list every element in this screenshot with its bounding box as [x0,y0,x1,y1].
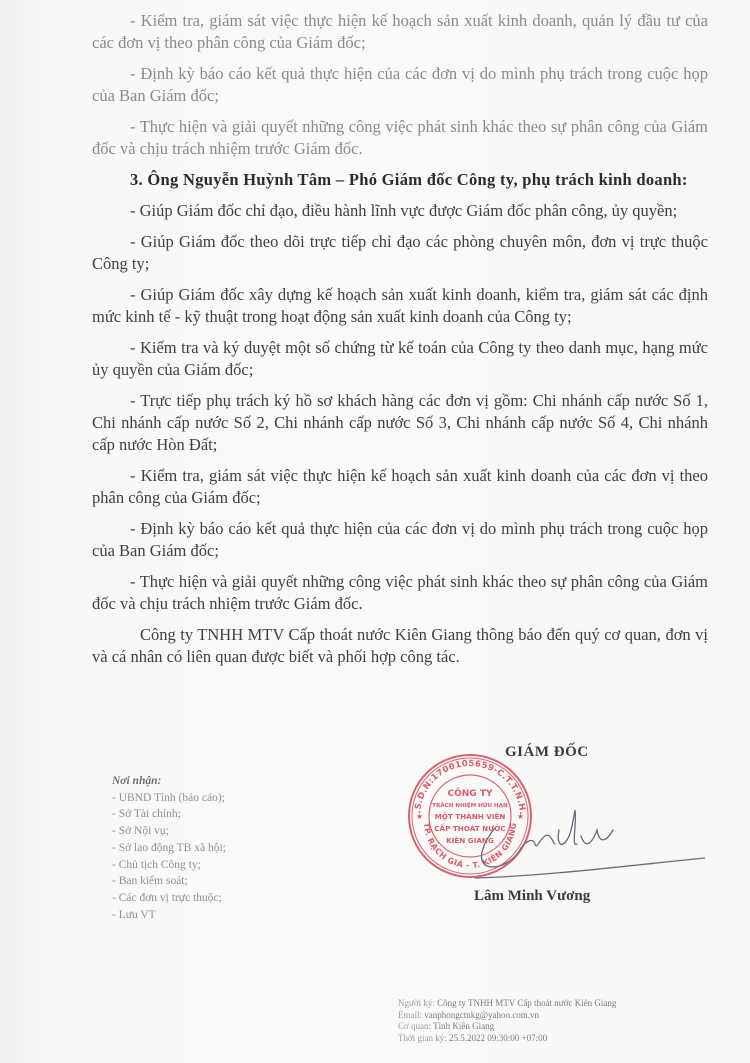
recipients-title: Nơi nhận: [112,773,332,790]
recipient-item: - Các đơn vị trực thuộc; [112,890,332,907]
duty-item: - Giúp Giám đốc xây dựng kế hoạch sản xu… [92,284,708,328]
time-label: Thời gian ký: [398,1033,447,1043]
time-value: 25.5.2022 09:30:00 +07:00 [449,1033,547,1043]
recipients-block: Nơi nhận: - UBND Tỉnh (báo cáo); - Sở Tà… [112,773,332,923]
signer-value: Công ty TNHH MTV Cấp thoát nước Kiên Gia… [437,998,616,1008]
section-heading: 3. Ông Nguyễn Huỳnh Tâm – Phó Giám đốc C… [92,169,708,191]
duty-item: - Kiểm tra, giám sát việc thực hiện kế h… [92,465,708,509]
signer-label: Người ký: [398,998,435,1008]
recipient-item: - Sở Tài chính; [112,806,332,823]
duty-item: - Trực tiếp phụ trách ký hồ sơ khách hàn… [92,390,708,456]
recipient-item: - Sở lao động TB xã hội; [112,840,332,857]
document-page: - Kiểm tra, giám sát việc thực hiện kế h… [0,0,750,1063]
recipient-item: - Chủ tịch Công ty; [112,857,332,874]
agency-label: Cơ quan: [398,1021,431,1031]
duty-item: - Định kỳ báo cáo kết quả thực hiện của … [92,63,708,107]
recipient-item: - Ban kiểm soát; [112,873,332,890]
document-body: - Kiểm tra, giám sát việc thực hiện kế h… [92,10,708,677]
duty-item: - Giúp Giám đốc theo dõi trực tiếp chỉ đ… [92,231,708,275]
recipient-item: - UBND Tỉnh (báo cáo); [112,790,332,807]
signer-name: Lâm Minh Vương [474,888,590,905]
digital-signature-info: Người ký: Công ty TNHH MTV Cấp thoát nướ… [398,998,658,1044]
duty-item: - Thực hiện và giải quyết những công việ… [92,571,708,615]
duty-item: - Kiểm tra, giám sát việc thực hiện kế h… [92,10,708,54]
email-value: vanphongctnkg@yahoo.com.vn [424,1010,539,1020]
closing-paragraph: Công ty TNHH MTV Cấp thoát nước Kiên Gia… [92,624,708,668]
duty-item: - Định kỳ báo cáo kết quả thực hiện của … [92,518,708,562]
svg-text:★: ★ [416,812,423,821]
svg-text:CÔNG TY: CÔNG TY [448,787,493,799]
handwritten-signature-icon [455,800,705,880]
agency-value: Tỉnh Kiên Giang [433,1021,494,1031]
recipient-item: - Sở Nội vụ; [112,823,332,840]
duty-item: - Giúp Giám đốc chỉ đạo, điều hành lĩnh … [92,200,708,222]
recipient-item: - Lưu VT [112,907,332,924]
duty-item: - Kiểm tra và ký duyệt một số chứng từ k… [92,337,708,381]
duty-item: - Thực hiện và giải quyết những công việ… [92,116,708,160]
email-label: Email: [398,1010,422,1020]
